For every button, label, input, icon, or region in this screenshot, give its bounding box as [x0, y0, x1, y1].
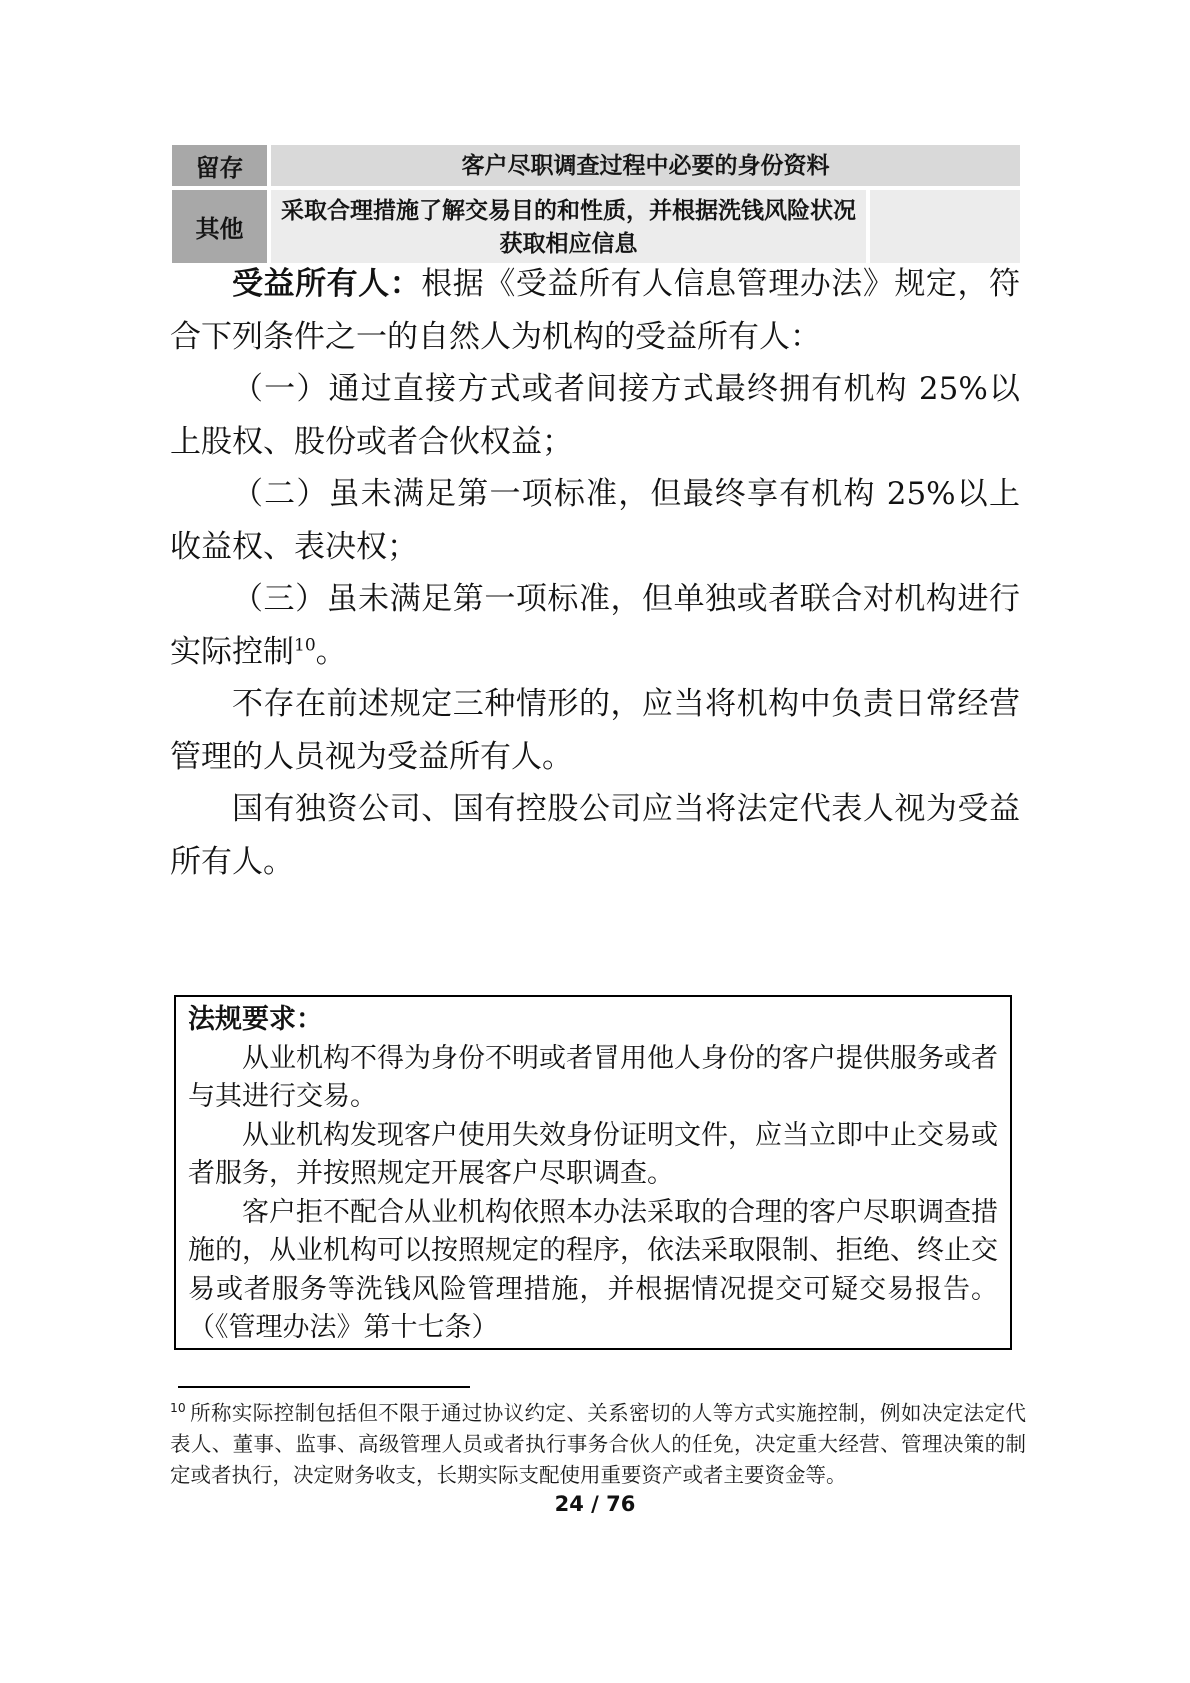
condition-3-text: （三）虽未满足第一项标准，但单独或者联合对机构进行实际控制 — [170, 581, 1020, 670]
table-content-cell: 客户尽职调查过程中必要的身份资料 — [271, 145, 1020, 186]
footnote: 10所称实际控制包括但不限于通过协议约定、关系密切的人等方式实施控制，例如决定法… — [170, 1398, 1026, 1491]
paragraph-state-owned-rule: 国有独资公司、国有控股公司应当将法定代表人视为受益所有人。 — [170, 783, 1020, 888]
condition-3-period: 。 — [316, 634, 347, 670]
due-diligence-summary-table: 留存 客户尽职调查过程中必要的身份资料 其他 采取合理措施了解交易目的和性质，并… — [172, 145, 1020, 263]
paragraph-condition-2: （二）虽未满足第一项标准，但最终享有机构 25%以上收益权、表决权； — [170, 468, 1020, 573]
regulation-box: 法规要求： 从业机构不得为身份不明或者冒用他人身份的客户提供服务或者与其进行交易… — [174, 995, 1012, 1350]
paragraph-condition-1: （一）通过直接方式或者间接方式最终拥有机构 25%以上股权、股份或者合伙权益； — [170, 363, 1020, 468]
regulation-paragraph: 从业机构发现客户使用失效身份证明文件，应当立即中止交易或者服务，并按照规定开展客… — [188, 1117, 998, 1194]
table-header-cell-other: 其他 — [172, 190, 267, 263]
page-number: 24 / 76 — [0, 1492, 1190, 1516]
footnote-marker: 10 — [170, 1401, 186, 1415]
document-page: 留存 客户尽职调查过程中必要的身份资料 其他 采取合理措施了解交易目的和性质，并… — [0, 0, 1190, 1683]
beneficial-owner-term: 受益所有人： — [232, 266, 421, 302]
table-content-cell: 采取合理措施了解交易目的和性质，并根据洗钱风险状况获取相应信息 — [271, 190, 866, 263]
paragraph-fallback-rule: 不存在前述规定三种情形的，应当将机构中负责日常经营管理的人员视为受益所有人。 — [170, 678, 1020, 783]
paragraph-condition-3: （三）虽未满足第一项标准，但单独或者联合对机构进行实际控制10。 — [170, 573, 1020, 678]
body-text: 受益所有人：根据《受益所有人信息管理办法》规定，符合下列条件之一的自然人为机构的… — [170, 258, 1020, 888]
footnote-reference: 10 — [294, 635, 316, 655]
paragraph-beneficial-owner-intro: 受益所有人：根据《受益所有人信息管理办法》规定，符合下列条件之一的自然人为机构的… — [170, 258, 1020, 363]
footnote-separator — [178, 1386, 470, 1388]
regulation-paragraph: 从业机构不得为身份不明或者冒用他人身份的客户提供服务或者与其进行交易。 — [188, 1040, 998, 1117]
table-row: 其他 采取合理措施了解交易目的和性质，并根据洗钱风险状况获取相应信息 — [172, 190, 1020, 263]
regulation-box-title: 法规要求： — [188, 1001, 998, 1040]
table-empty-cell — [870, 190, 1020, 263]
regulation-paragraph: 客户拒不配合从业机构依照本办法采取的合理的客户尽职调查措施的，从业机构可以按照规… — [188, 1194, 998, 1348]
table-header-cell-retain: 留存 — [172, 145, 267, 186]
table-row: 留存 客户尽职调查过程中必要的身份资料 — [172, 145, 1020, 186]
footnote-text: 所称实际控制包括但不限于通过协议约定、关系密切的人等方式实施控制，例如决定法定代… — [170, 1401, 1026, 1487]
